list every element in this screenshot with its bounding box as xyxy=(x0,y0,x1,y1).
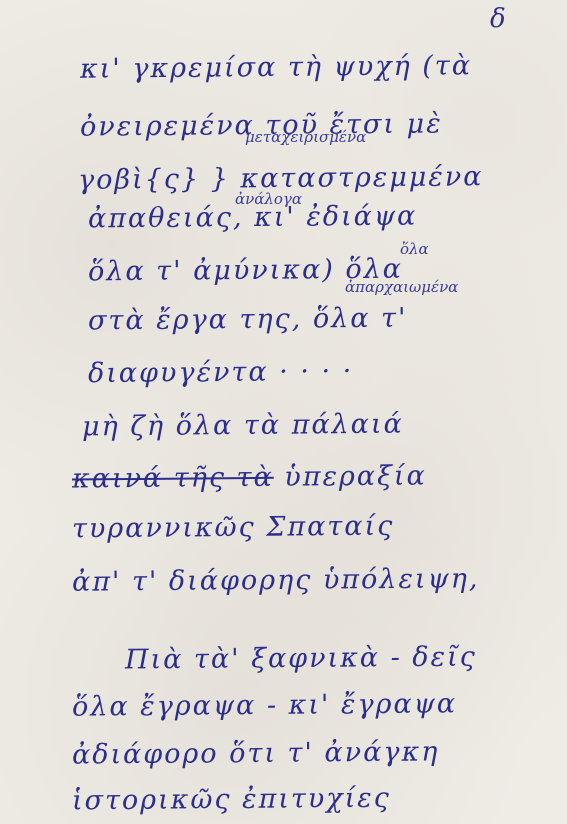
manuscript-line: μὴ ζὴ ὅλα τὰ πάλαιά xyxy=(82,409,404,443)
struck-through-text: καινά τῆς τὰ xyxy=(72,462,274,495)
manuscript-line: καινά τῆς τὰ ὑπεραξία xyxy=(72,460,427,494)
manuscript-line: ἀπ' τ' διάφορης ὑπόλειψη, xyxy=(72,563,480,598)
manuscript-line: ἀδιάφορο ὅτι τ' ἀνάγκη xyxy=(72,736,440,770)
manuscript-line: Πιὰ τὰ' ξαφνικὰ - δεῖς xyxy=(125,641,477,675)
manuscript-line: ἱστορικῶς ἐπιτυχίες xyxy=(72,783,391,817)
manuscript-line: ὅλα ἔγραψα - κι' ἔγραψα xyxy=(72,688,457,722)
manuscript-line: τυραννικῶς Σπαταίς xyxy=(72,511,395,545)
interlinear-insert: μεταχειρισμένα xyxy=(245,128,366,146)
interlinear-insert: ἀπαρχαιωμένα xyxy=(345,278,458,296)
manuscript-line: ἀπαθειάς, κι' ἐδιάψα xyxy=(88,201,418,235)
line-remainder: ὑπεραξία xyxy=(274,460,427,492)
page-number: δ xyxy=(490,4,506,34)
manuscript-line: διαφυγέντα · · · · xyxy=(88,356,354,389)
manuscript-line: κι' γκρεμίσα τὴ ψυχή (τὰ xyxy=(80,50,472,84)
interlinear-insert: ὅλα xyxy=(400,240,429,258)
manuscript-page: δ κι' γκρεμίσα τὴ ψυχή (τὰ ὀνειρεμένα το… xyxy=(0,0,567,824)
manuscript-line: στὰ ἔργα της, ὅλα τ' xyxy=(88,303,408,337)
